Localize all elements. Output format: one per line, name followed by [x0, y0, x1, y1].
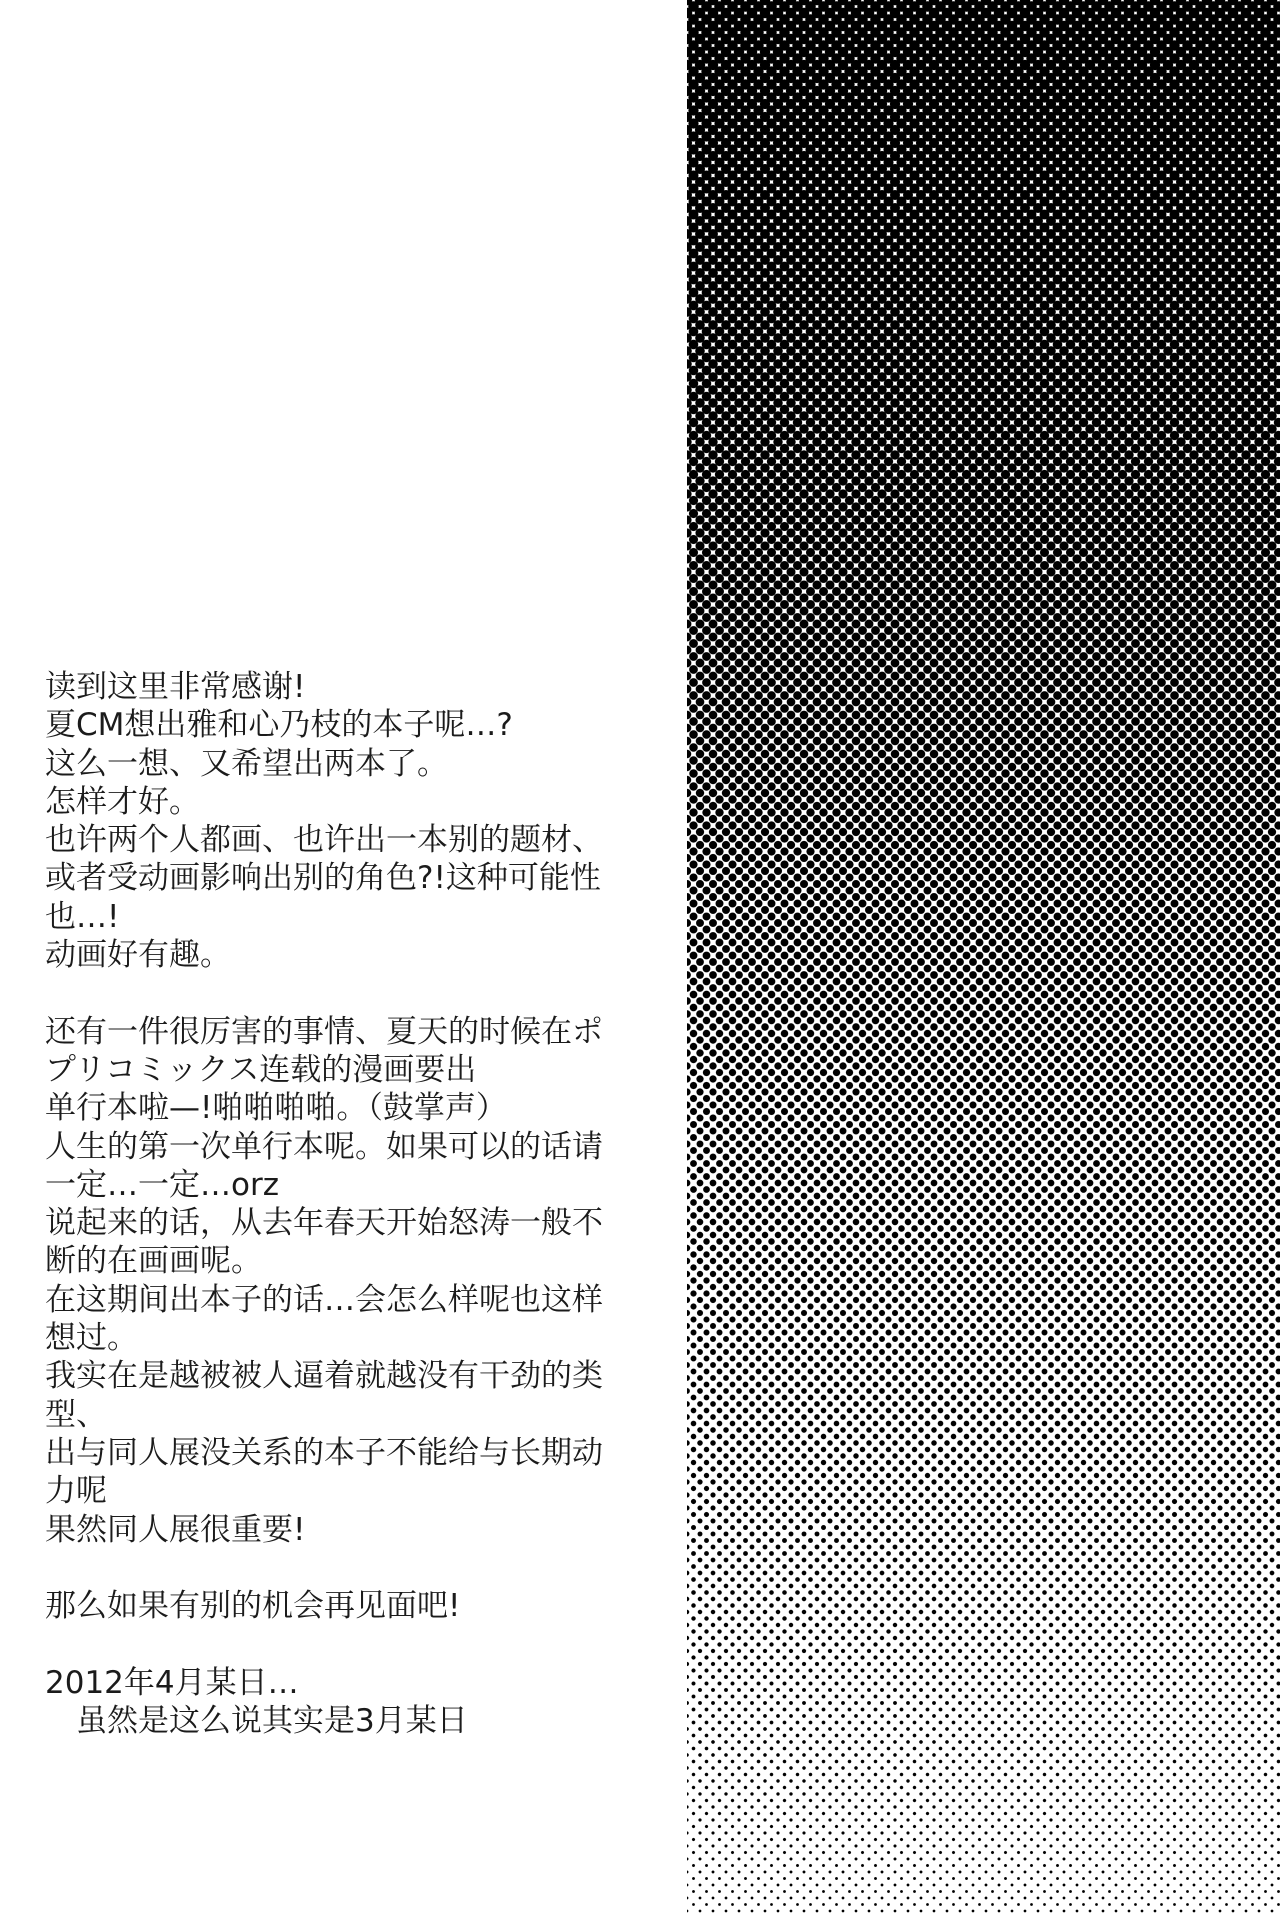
- halftone-band: [687, 1209, 1280, 1222]
- text-line: 那么如果有别的机会再见面吧!: [45, 1587, 675, 1625]
- halftone-band: [687, 234, 1280, 247]
- halftone-band: [687, 949, 1280, 962]
- halftone-band: [687, 1443, 1280, 1456]
- halftone-band: [687, 572, 1280, 585]
- halftone-band: [687, 611, 1280, 624]
- text-line: 单行本啦—!啪啪啪啪。（鼓掌声）: [45, 1089, 675, 1127]
- text-line: 说起来的话，从去年春天开始怒涛一般不: [45, 1204, 675, 1242]
- text-line: [45, 974, 675, 1012]
- halftone-band: [687, 1859, 1280, 1872]
- halftone-band: [687, 1508, 1280, 1521]
- halftone-band: [687, 1014, 1280, 1027]
- halftone-band: [687, 1274, 1280, 1287]
- halftone-band: [687, 702, 1280, 715]
- halftone-band: [687, 1001, 1280, 1014]
- halftone-band: [687, 793, 1280, 806]
- afterword-text: 读到这里非常感谢!夏CM想出雅和心乃枝的本子呢…?这么一想、又希望出两本了。怎样…: [45, 668, 675, 1740]
- halftone-band: [687, 728, 1280, 741]
- halftone-band: [687, 143, 1280, 156]
- halftone-band: [687, 169, 1280, 182]
- halftone-band: [687, 845, 1280, 858]
- halftone-band: [687, 637, 1280, 650]
- halftone-band: [687, 1521, 1280, 1534]
- text-line: 人生的第一次单行本呢。如果可以的话请: [45, 1128, 675, 1166]
- halftone-band: [687, 871, 1280, 884]
- halftone-band: [687, 1287, 1280, 1300]
- halftone-band: [687, 1664, 1280, 1677]
- halftone-band: [687, 1261, 1280, 1274]
- text-line: [45, 1625, 675, 1663]
- halftone-band: [687, 1794, 1280, 1807]
- text-line: 在这期间出本子的话…会怎么样呢也这样: [45, 1281, 675, 1319]
- halftone-band: [687, 520, 1280, 533]
- halftone-band: [687, 1053, 1280, 1066]
- halftone-band: [687, 39, 1280, 52]
- halftone-band: [687, 1573, 1280, 1586]
- text-line: 断的在画画呢。: [45, 1242, 675, 1280]
- halftone-band: [687, 1092, 1280, 1105]
- text-line: [45, 1549, 675, 1587]
- halftone-band: [687, 325, 1280, 338]
- halftone-band: [687, 1638, 1280, 1651]
- halftone-band: [687, 1105, 1280, 1118]
- text-line: 读到这里非常感谢!: [45, 668, 675, 706]
- halftone-band: [687, 1170, 1280, 1183]
- halftone-band: [687, 377, 1280, 390]
- text-line: 一定…一定…orz: [45, 1166, 675, 1204]
- halftone-band: [687, 1781, 1280, 1794]
- halftone-band: [687, 1768, 1280, 1781]
- halftone-band: [687, 1040, 1280, 1053]
- halftone-band: [687, 780, 1280, 793]
- text-line: 夏CM想出雅和心乃枝的本子呢…?: [45, 706, 675, 744]
- text-line: 也许两个人都画、也许出一本别的题材、: [45, 821, 675, 859]
- halftone-band: [687, 1430, 1280, 1443]
- halftone-band: [687, 988, 1280, 1001]
- halftone-band: [687, 1235, 1280, 1248]
- halftone-gradient-artwork: [687, 0, 1280, 1916]
- halftone-band: [687, 1118, 1280, 1131]
- halftone-band: [687, 468, 1280, 481]
- halftone-band: [687, 910, 1280, 923]
- halftone-band: [687, 247, 1280, 260]
- halftone-band: [687, 1183, 1280, 1196]
- halftone-band: [687, 1677, 1280, 1690]
- text-line: 或者受动画影响出别的角色?!这种可能性: [45, 859, 675, 897]
- halftone-band: [687, 715, 1280, 728]
- halftone-band: [687, 13, 1280, 26]
- halftone-band: [687, 312, 1280, 325]
- halftone-band: [687, 1495, 1280, 1508]
- halftone-band: [687, 1378, 1280, 1391]
- halftone-band: [687, 494, 1280, 507]
- halftone-band: [687, 1690, 1280, 1703]
- halftone-band: [687, 195, 1280, 208]
- halftone-band: [687, 663, 1280, 676]
- halftone-band: [687, 923, 1280, 936]
- text-line: 还有一件很厉害的事情、夏天的时候在ポ: [45, 1013, 675, 1051]
- halftone-band: [687, 806, 1280, 819]
- halftone-band: [687, 1846, 1280, 1859]
- halftone-band: [687, 1820, 1280, 1833]
- halftone-band: [687, 416, 1280, 429]
- halftone-band: [687, 1417, 1280, 1430]
- halftone-band: [687, 0, 1280, 13]
- halftone-band: [687, 1248, 1280, 1261]
- halftone-band: [687, 897, 1280, 910]
- halftone-band: [687, 481, 1280, 494]
- halftone-band: [687, 1196, 1280, 1209]
- halftone-band: [687, 1911, 1280, 1916]
- text-line: 也…!: [45, 898, 675, 936]
- halftone-band: [687, 689, 1280, 702]
- halftone-band: [687, 767, 1280, 780]
- halftone-band: [687, 1300, 1280, 1313]
- halftone-band: [687, 1339, 1280, 1352]
- halftone-band: [687, 156, 1280, 169]
- halftone-band: [687, 585, 1280, 598]
- halftone-band: [687, 351, 1280, 364]
- halftone-band: [687, 1833, 1280, 1846]
- halftone-band: [687, 1066, 1280, 1079]
- halftone-band: [687, 260, 1280, 273]
- halftone-band: [687, 1885, 1280, 1898]
- halftone-band: [687, 1625, 1280, 1638]
- text-line: 想过。: [45, 1319, 675, 1357]
- halftone-band: [687, 208, 1280, 221]
- halftone-band: [687, 455, 1280, 468]
- halftone-band: [687, 65, 1280, 78]
- halftone-band: [687, 390, 1280, 403]
- halftone-band: [687, 338, 1280, 351]
- halftone-band: [687, 1482, 1280, 1495]
- halftone-band: [687, 1716, 1280, 1729]
- text-line: プリコミックス连载的漫画要出: [45, 1051, 675, 1089]
- halftone-band: [687, 1586, 1280, 1599]
- halftone-band: [687, 1742, 1280, 1755]
- halftone-band: [687, 130, 1280, 143]
- halftone-band: [687, 1560, 1280, 1573]
- halftone-band: [687, 286, 1280, 299]
- halftone-band: [687, 299, 1280, 312]
- halftone-band: [687, 273, 1280, 286]
- halftone-band: [687, 1547, 1280, 1560]
- halftone-band: [687, 1651, 1280, 1664]
- halftone-band: [687, 1898, 1280, 1911]
- halftone-band: [687, 507, 1280, 520]
- text-line: 动画好有趣。: [45, 936, 675, 974]
- halftone-band: [687, 650, 1280, 663]
- halftone-band: [687, 676, 1280, 689]
- halftone-band: [687, 1391, 1280, 1404]
- halftone-band: [687, 117, 1280, 130]
- text-line: 2012年4月某日…: [45, 1664, 675, 1702]
- halftone-band: [687, 1079, 1280, 1092]
- halftone-band: [687, 884, 1280, 897]
- text-line: 果然同人展很重要!: [45, 1511, 675, 1549]
- page: 读到这里非常感谢!夏CM想出雅和心乃枝的本子呢…?这么一想、又希望出两本了。怎样…: [0, 0, 1280, 1916]
- halftone-band: [687, 1612, 1280, 1625]
- halftone-band: [687, 533, 1280, 546]
- halftone-band: [687, 104, 1280, 117]
- halftone-band: [687, 975, 1280, 988]
- halftone-band: [687, 598, 1280, 611]
- halftone-band: [687, 1144, 1280, 1157]
- halftone-band: [687, 559, 1280, 572]
- halftone-band: [687, 546, 1280, 559]
- halftone-band: [687, 1534, 1280, 1547]
- halftone-band: [687, 403, 1280, 416]
- halftone-band: [687, 26, 1280, 39]
- text-line: 型、: [45, 1396, 675, 1434]
- halftone-band: [687, 754, 1280, 767]
- text-line: 我实在是越被被人逼着就越没有干劲的类: [45, 1357, 675, 1395]
- halftone-band: [687, 1469, 1280, 1482]
- halftone-band: [687, 1365, 1280, 1378]
- halftone-band: [687, 182, 1280, 195]
- halftone-band: [687, 1027, 1280, 1040]
- text-line: 出与同人展没关系的本子不能给与长期动: [45, 1434, 675, 1472]
- halftone-band: [687, 1131, 1280, 1144]
- halftone-band: [687, 1157, 1280, 1170]
- halftone-band: [687, 1313, 1280, 1326]
- halftone-band: [687, 832, 1280, 845]
- halftone-band: [687, 741, 1280, 754]
- halftone-band: [687, 78, 1280, 91]
- halftone-band: [687, 1326, 1280, 1339]
- text-line: 怎样才好。: [45, 783, 675, 821]
- halftone-band: [687, 1807, 1280, 1820]
- halftone-band: [687, 442, 1280, 455]
- halftone-band: [687, 1599, 1280, 1612]
- halftone-band: [687, 1703, 1280, 1716]
- text-line: 虽然是这么说其实是3月某日: [45, 1702, 675, 1740]
- halftone-band: [687, 1729, 1280, 1742]
- halftone-band: [687, 429, 1280, 442]
- halftone-band: [687, 1456, 1280, 1469]
- halftone-band: [687, 1755, 1280, 1768]
- halftone-band: [687, 819, 1280, 832]
- halftone-band: [687, 858, 1280, 871]
- halftone-band: [687, 1404, 1280, 1417]
- halftone-band: [687, 624, 1280, 637]
- text-line: 这么一想、又希望出两本了。: [45, 745, 675, 783]
- halftone-band: [687, 91, 1280, 104]
- halftone-band: [687, 221, 1280, 234]
- halftone-band: [687, 1352, 1280, 1365]
- text-line: 力呢: [45, 1472, 675, 1510]
- halftone-band: [687, 364, 1280, 377]
- halftone-band: [687, 1872, 1280, 1885]
- halftone-band: [687, 1222, 1280, 1235]
- halftone-band: [687, 962, 1280, 975]
- halftone-band: [687, 52, 1280, 65]
- halftone-band: [687, 936, 1280, 949]
